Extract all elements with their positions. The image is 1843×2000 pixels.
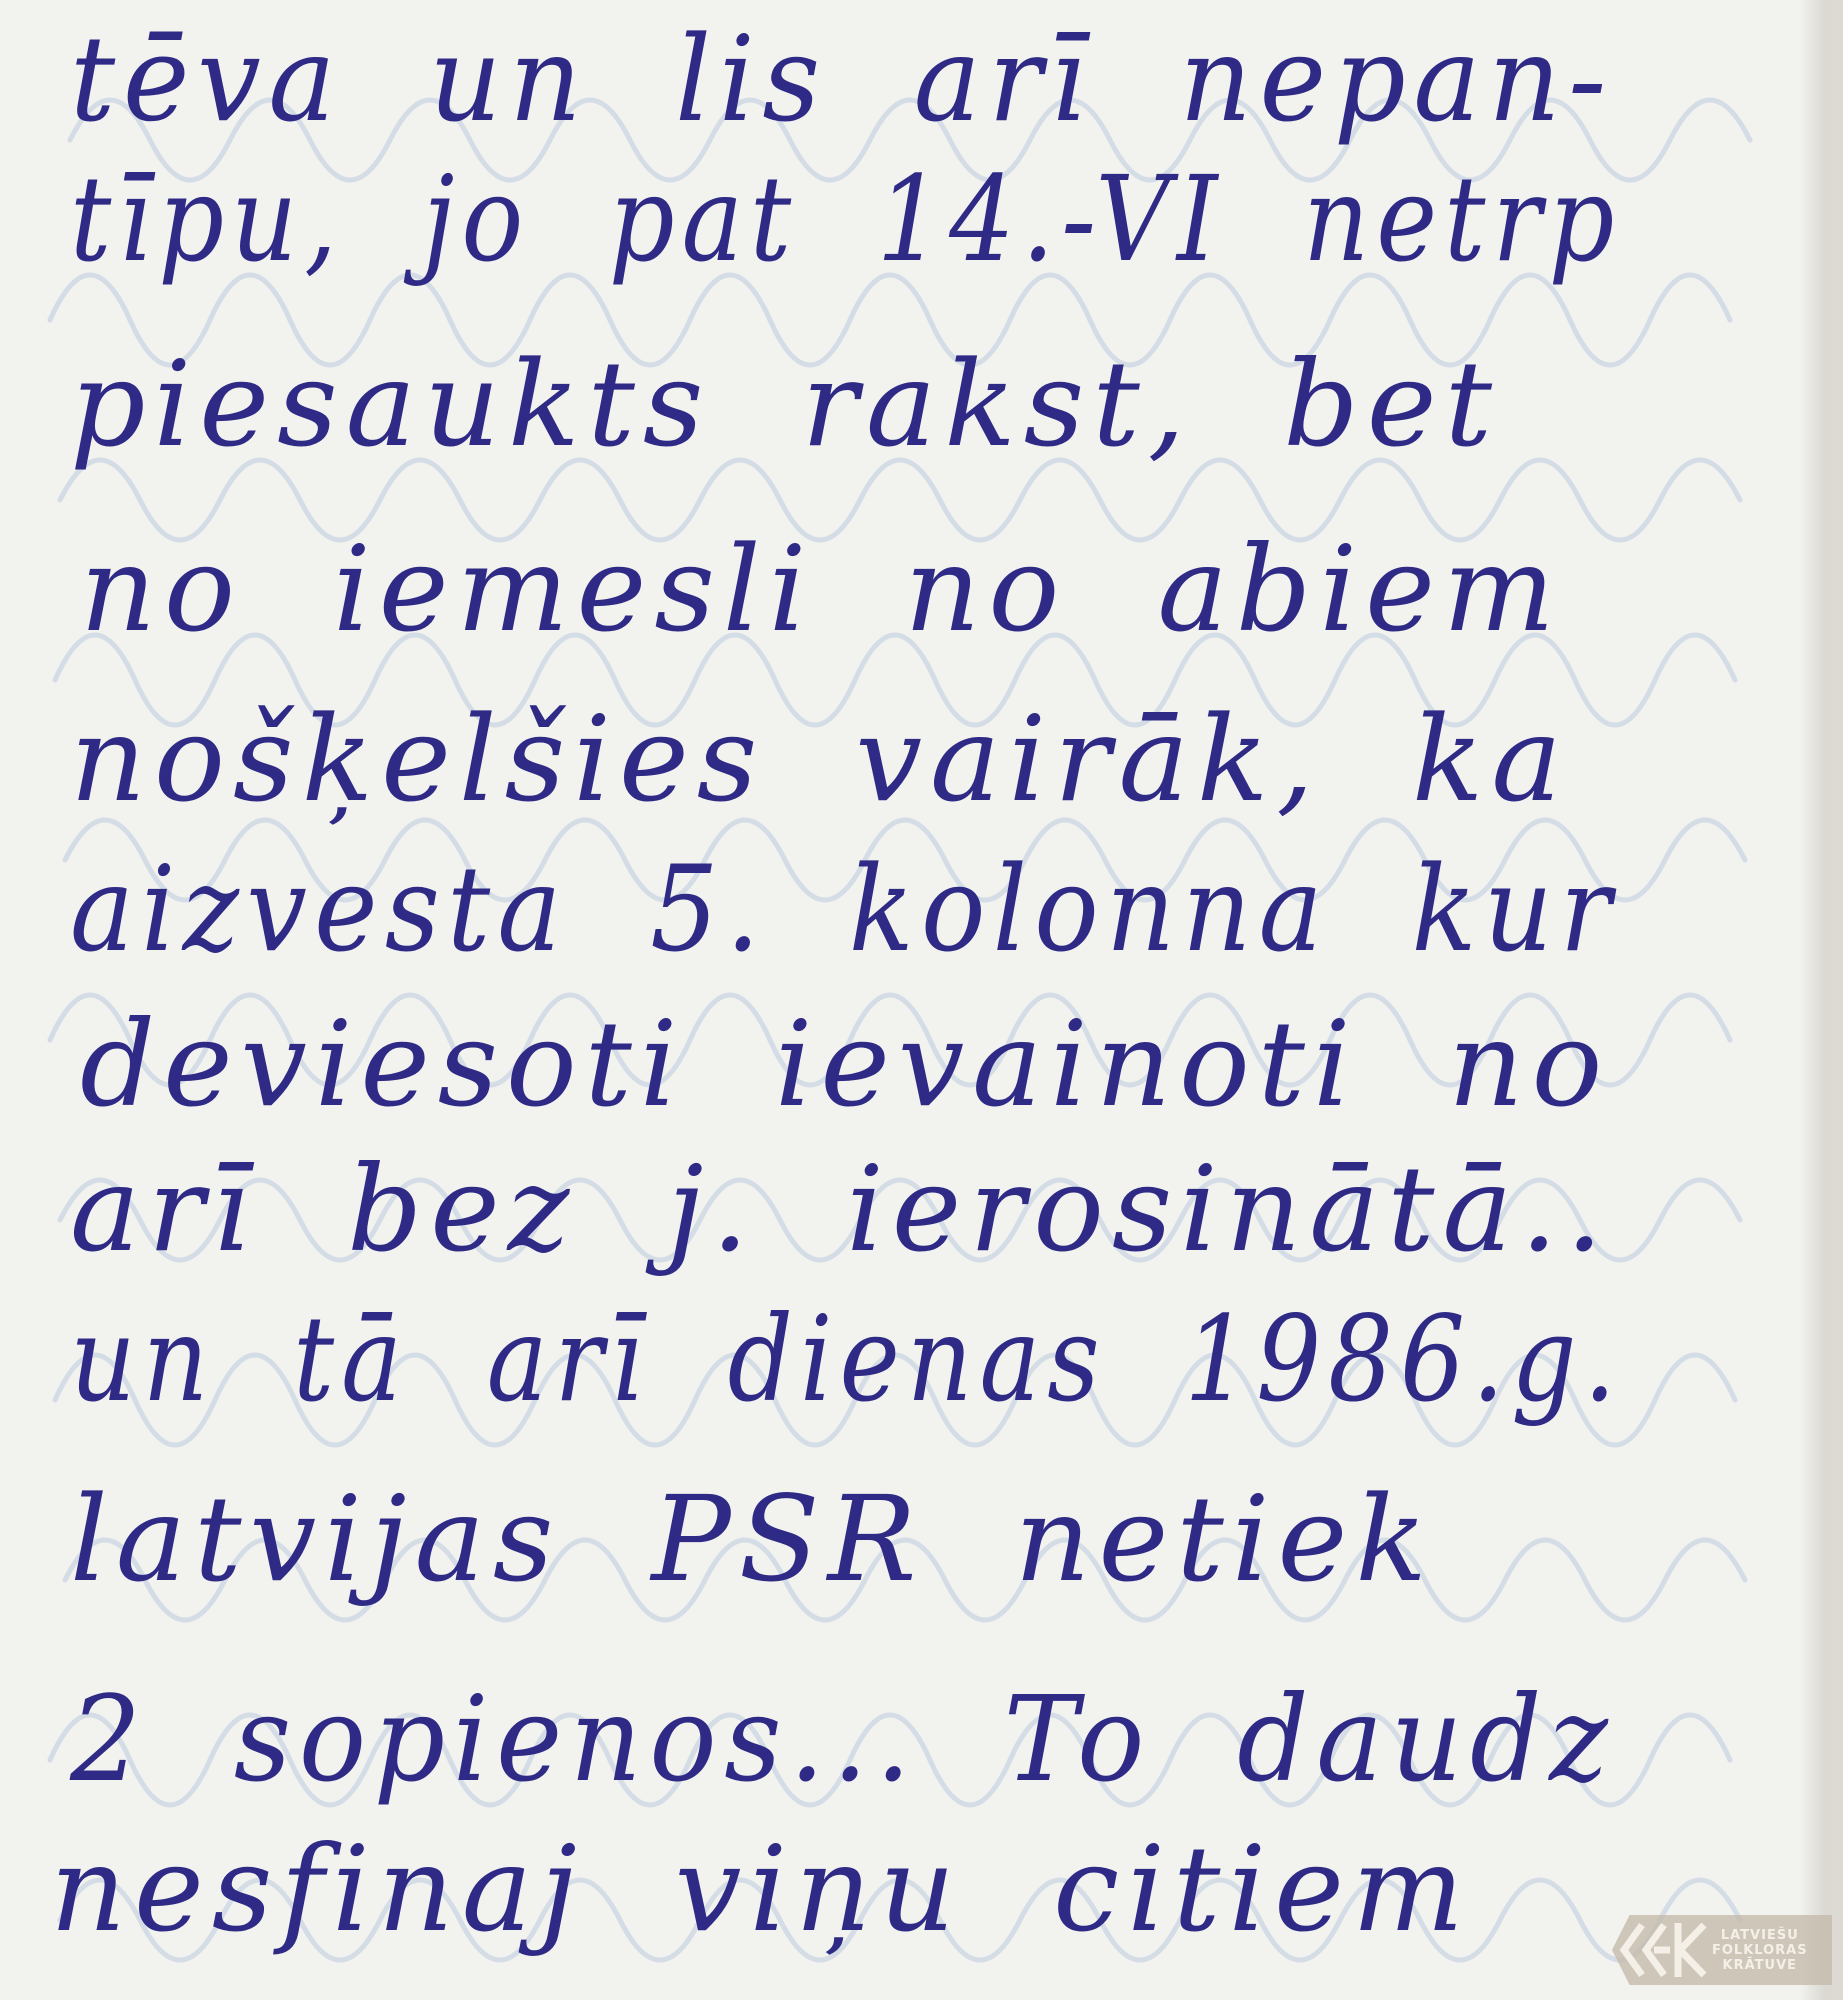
manuscript-word: daudz <box>1237 1680 1615 1798</box>
manuscript-word: ievainoti <box>775 1005 1359 1123</box>
manuscript-word: no <box>1448 1005 1610 1123</box>
manuscript-word: 5. <box>650 850 767 968</box>
manuscript-line: nošķelšiesvairāk,ka <box>70 700 1660 818</box>
manuscript-word: vairāk, <box>855 700 1322 818</box>
manuscript-word: kur <box>1411 850 1618 968</box>
manuscript-line: noiemeslinoabiem <box>80 530 1653 648</box>
manuscript-word: lis <box>675 20 828 138</box>
manuscript-word: dienas <box>728 1300 1107 1418</box>
manuscript-line: latvijasPSRnetiek <box>70 1480 1525 1598</box>
manuscript-word: arī <box>487 1300 650 1418</box>
watermark-line-2: FOLKLORAS <box>1712 1943 1808 1958</box>
manuscript-word: pat <box>609 160 798 278</box>
manuscript-word: arī <box>70 1150 258 1268</box>
manuscript-word: 2 <box>70 1680 149 1798</box>
manuscript-word: viņu <box>675 1830 963 1948</box>
manuscript-word: 1986.g. <box>1184 1300 1622 1418</box>
watermark-line-1: LATVIEŠU <box>1721 1928 1799 1943</box>
manuscript-word: citiem <box>1053 1830 1472 1948</box>
manuscript-word: un <box>70 1300 215 1418</box>
manuscript-line: deviesotiievainotino <box>80 1005 1700 1123</box>
manuscript-word: bet <box>1283 345 1500 463</box>
manuscript-line: 2sopienos...Todaudz <box>70 1680 1701 1798</box>
manuscript-word: To <box>1004 1680 1152 1798</box>
manuscript-word: jo <box>422 160 530 278</box>
manuscript-line: untāarīdienas1986.g. <box>70 1300 1701 1418</box>
manuscript-word: PSR <box>651 1480 924 1598</box>
manuscript-word: tīpu, <box>70 160 344 278</box>
manuscript-page: tēvaunlisarīnepan-tīpu,jopat14.-VInetrpp… <box>0 0 1843 2000</box>
manuscript-word: 14.-VI <box>877 160 1225 278</box>
watermark-line-3: KRĀTUVE <box>1723 1958 1798 1973</box>
manuscript-word: piesaukts <box>70 345 712 463</box>
manuscript-word: nepan- <box>1179 20 1614 138</box>
manuscript-word: j. <box>667 1150 757 1268</box>
manuscript-word: latvijas <box>70 1480 561 1598</box>
manuscript-word: netiek <box>1015 1480 1435 1598</box>
manuscript-word: netrp <box>1303 160 1621 278</box>
manuscript-word: sopienos... <box>234 1680 919 1798</box>
manuscript-word: arī <box>914 20 1094 138</box>
manuscript-line: tīpu,jopat14.-VInetrp <box>70 160 1700 278</box>
manuscript-line: aizvesta5.kolonnakur <box>70 850 1700 968</box>
manuscript-word: bez <box>347 1150 577 1268</box>
manuscript-word: tēva <box>70 20 343 138</box>
watermark-text: LATVIEŠU FOLKLORAS KRĀTUVE <box>1712 1928 1808 1973</box>
manuscript-word: rakst, <box>802 345 1194 463</box>
manuscript-word: nesfinaj <box>50 1830 585 1948</box>
manuscript-line: piesauktsrakst,bet <box>70 345 1590 463</box>
lfk-logo-icon <box>1612 1915 1712 1985</box>
manuscript-word: deviesoti <box>80 1005 685 1123</box>
manuscript-line: tēvaunlisarīnepan- <box>70 20 1700 138</box>
manuscript-word: no <box>904 530 1067 648</box>
manuscript-word: nošķelšies <box>70 700 765 818</box>
manuscript-word: ierosinātā.. <box>846 1150 1611 1268</box>
manuscript-word: tā <box>293 1300 409 1418</box>
manuscript-line: arībezj.ierosinātā.. <box>70 1150 1700 1268</box>
manuscript-word: no <box>80 530 243 648</box>
manuscript-word: abiem <box>1157 530 1562 648</box>
manuscript-word: ka <box>1412 700 1570 818</box>
manuscript-line: nesfinajviņucitiem <box>50 1830 1562 1948</box>
manuscript-word: iemesli <box>333 530 814 648</box>
manuscript-word: kolonna <box>849 850 1330 968</box>
archive-watermark: LATVIEŠU FOLKLORAS KRĀTUVE <box>1612 1915 1832 1985</box>
manuscript-word: un <box>429 20 589 138</box>
manuscript-word: aizvesta <box>70 850 569 968</box>
